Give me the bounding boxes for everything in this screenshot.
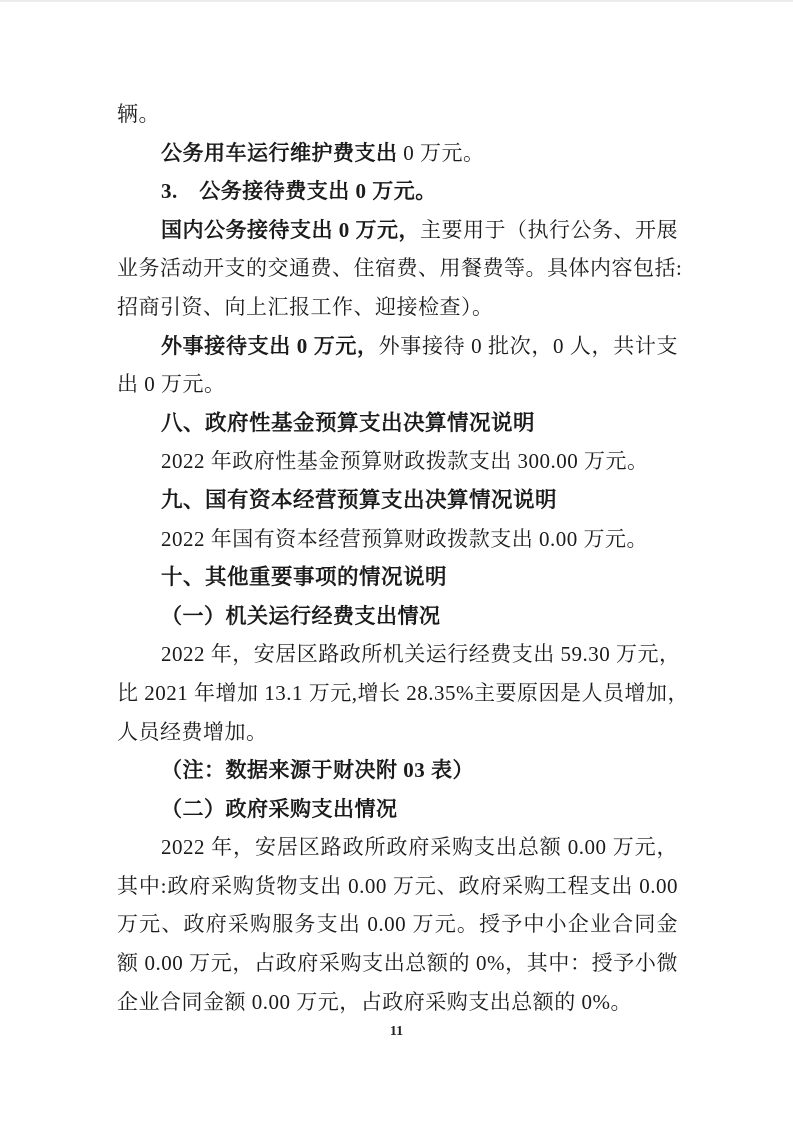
text-run-bold: （二）政府采购支出情况 [161, 797, 398, 821]
document-line: 人员经费增加。 [117, 713, 678, 752]
document-line: 十、其他重要事项的情况说明 [117, 558, 678, 597]
document-line: 2022 年，安居区路政所机关运行经费支出 59.30 万元， [117, 635, 678, 674]
document-line: 比 2021 年增加 13.1 万元,增长 28.35%主要原因是人员增加， [117, 674, 678, 713]
text-run: 0 万元。 [403, 141, 484, 165]
text-run: 其中:政府采购货物支出 0.00 万元、政府采购工程支出 0.00 [117, 874, 678, 898]
text-run: 业务活动开支的交通费、住宿费、用餐费等。具体内容包括: [117, 256, 682, 280]
text-run-bold: 公务用车运行维护费支出 [161, 141, 403, 165]
text-run-bold: 八、政府性基金预算支出决算情况说明 [161, 411, 535, 435]
text-run: 万元、政府采购服务支出 0.00 万元。授予中小企业合同金 [117, 912, 678, 936]
text-run-bold: （注：数据来源于财决附 03 表） [161, 758, 474, 782]
text-run: 出 0 万元。 [117, 372, 226, 396]
text-run: 2022 年，安居区路政所政府采购支出总额 0.00 万元， [161, 835, 678, 859]
document-line: （一）机关运行经费支出情况 [117, 597, 678, 636]
document-line: 额 0.00 万元，占政府采购支出总额的 0%，其中：授予小微 [117, 944, 678, 983]
text-run: 2022 年国有资本经营预算财政拨款支出 0.00 万元。 [161, 527, 648, 551]
document-line: 3. 公务接待费支出 0 万元。 [117, 172, 678, 211]
document-line: 2022 年，安居区路政所政府采购支出总额 0.00 万元， [117, 828, 678, 867]
document-line: 九、国有资本经营预算支出决算情况说明 [117, 481, 678, 520]
text-run-bold: 外事接待支出 0 万元， [161, 334, 379, 358]
document-line: 业务活动开支的交通费、住宿费、用餐费等。具体内容包括: [117, 249, 678, 288]
text-run: 招商引资、向上汇报工作、迎接检查）。 [117, 295, 494, 319]
document-line: 八、政府性基金预算支出决算情况说明 [117, 404, 678, 443]
text-run-bold: 九、国有资本经营预算支出决算情况说明 [161, 488, 557, 512]
document-line: 外事接待支出 0 万元，外事接待 0 批次，0 人，共计支 [117, 327, 678, 366]
page-number: 11 [0, 1022, 793, 1042]
document-line: 2022 年国有资本经营预算财政拨款支出 0.00 万元。 [117, 520, 678, 559]
text-run: 主要用于（执行公务、开展 [420, 218, 678, 242]
text-run-bold: 3. 公务接待费支出 0 万元。 [161, 179, 437, 203]
text-run: 企业合同金额 0.00 万元，占政府采购支出总额的 0%。 [117, 990, 632, 1014]
document-body: 辆。公务用车运行维护费支出 0 万元。3. 公务接待费支出 0 万元。国内公务接… [117, 95, 678, 1021]
document-line: 出 0 万元。 [117, 365, 678, 404]
text-run: 2022 年政府性基金预算财政拨款支出 300.00 万元。 [161, 449, 649, 473]
text-run-bold: 十、其他重要事项的情况说明 [161, 565, 447, 589]
document-line: （二）政府采购支出情况 [117, 790, 678, 829]
document-line: 其中:政府采购货物支出 0.00 万元、政府采购工程支出 0.00 [117, 867, 678, 906]
document-line: 招商引资、向上汇报工作、迎接检查）。 [117, 288, 678, 327]
document-line: 公务用车运行维护费支出 0 万元。 [117, 134, 678, 173]
document-line: 万元、政府采购服务支出 0.00 万元。授予中小企业合同金 [117, 905, 678, 944]
text-run: 辆。 [117, 102, 160, 126]
text-run-bold: 国内公务接待支出 0 万元， [161, 218, 420, 242]
document-page: 辆。公务用车运行维护费支出 0 万元。3. 公务接待费支出 0 万元。国内公务接… [0, 0, 793, 1122]
document-line: （注：数据来源于财决附 03 表） [117, 751, 678, 790]
text-run: 比 2021 年增加 13.1 万元,增长 28.35%主要原因是人员增加， [117, 681, 689, 705]
document-line: 辆。 [117, 95, 678, 134]
document-line: 国内公务接待支出 0 万元，主要用于（执行公务、开展 [117, 211, 678, 250]
text-run-bold: （一）机关运行经费支出情况 [161, 604, 441, 628]
text-run: 人员经费增加。 [117, 720, 268, 744]
text-run: 额 0.00 万元，占政府采购支出总额的 0%，其中：授予小微 [117, 951, 678, 975]
document-line: 企业合同金额 0.00 万元，占政府采购支出总额的 0%。 [117, 983, 678, 1022]
text-run: 2022 年，安居区路政所机关运行经费支出 59.30 万元， [161, 642, 681, 666]
document-line: 2022 年政府性基金预算财政拨款支出 300.00 万元。 [117, 442, 678, 481]
text-run: 外事接待 0 批次，0 人，共计支 [379, 334, 678, 358]
